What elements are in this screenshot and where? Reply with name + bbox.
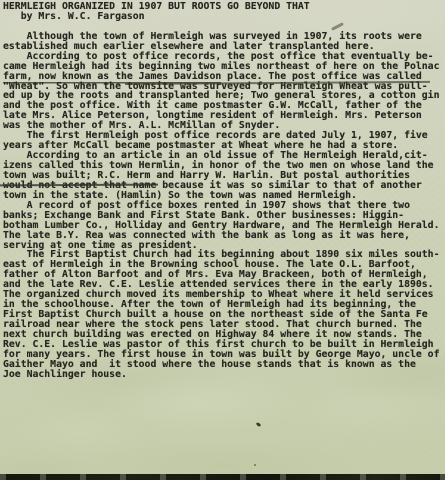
document-text: HERMLEIGH ORGANIZED IN 1907 BUT ROOTS GO… (3, 2, 443, 380)
text-segment: place. The post office was called (221, 71, 422, 82)
text-line: farm, now known as the James Davidson pl… (3, 72, 443, 82)
ink-speck (254, 464, 256, 466)
ink-speck (256, 422, 262, 427)
scan-edge-bottom (0, 474, 445, 480)
text-line: Joe Nachlinger house. (3, 370, 443, 380)
text-segment: Joe Nachlinger house. (3, 369, 127, 380)
document-body: Although the town of Hermleigh was surve… (3, 32, 443, 380)
document-page: HERMLEIGH ORGANIZED IN 1907 BUT ROOTS GO… (0, 0, 445, 480)
text-segment-pencil-marked: farm, now known as the James Davidson (3, 71, 221, 82)
document-byline: by Mrs. W.C. Fargason (3, 12, 443, 22)
text-segment: The late B.Y. Rea was connected with the… (3, 230, 410, 241)
text-line: The late B.Y. Rea was connected with the… (3, 231, 443, 241)
text-segment: came Hermleigh had its beginning two mil… (3, 61, 439, 72)
text-segment: botham Lumber Co., Holliday and Gentry H… (3, 220, 439, 231)
